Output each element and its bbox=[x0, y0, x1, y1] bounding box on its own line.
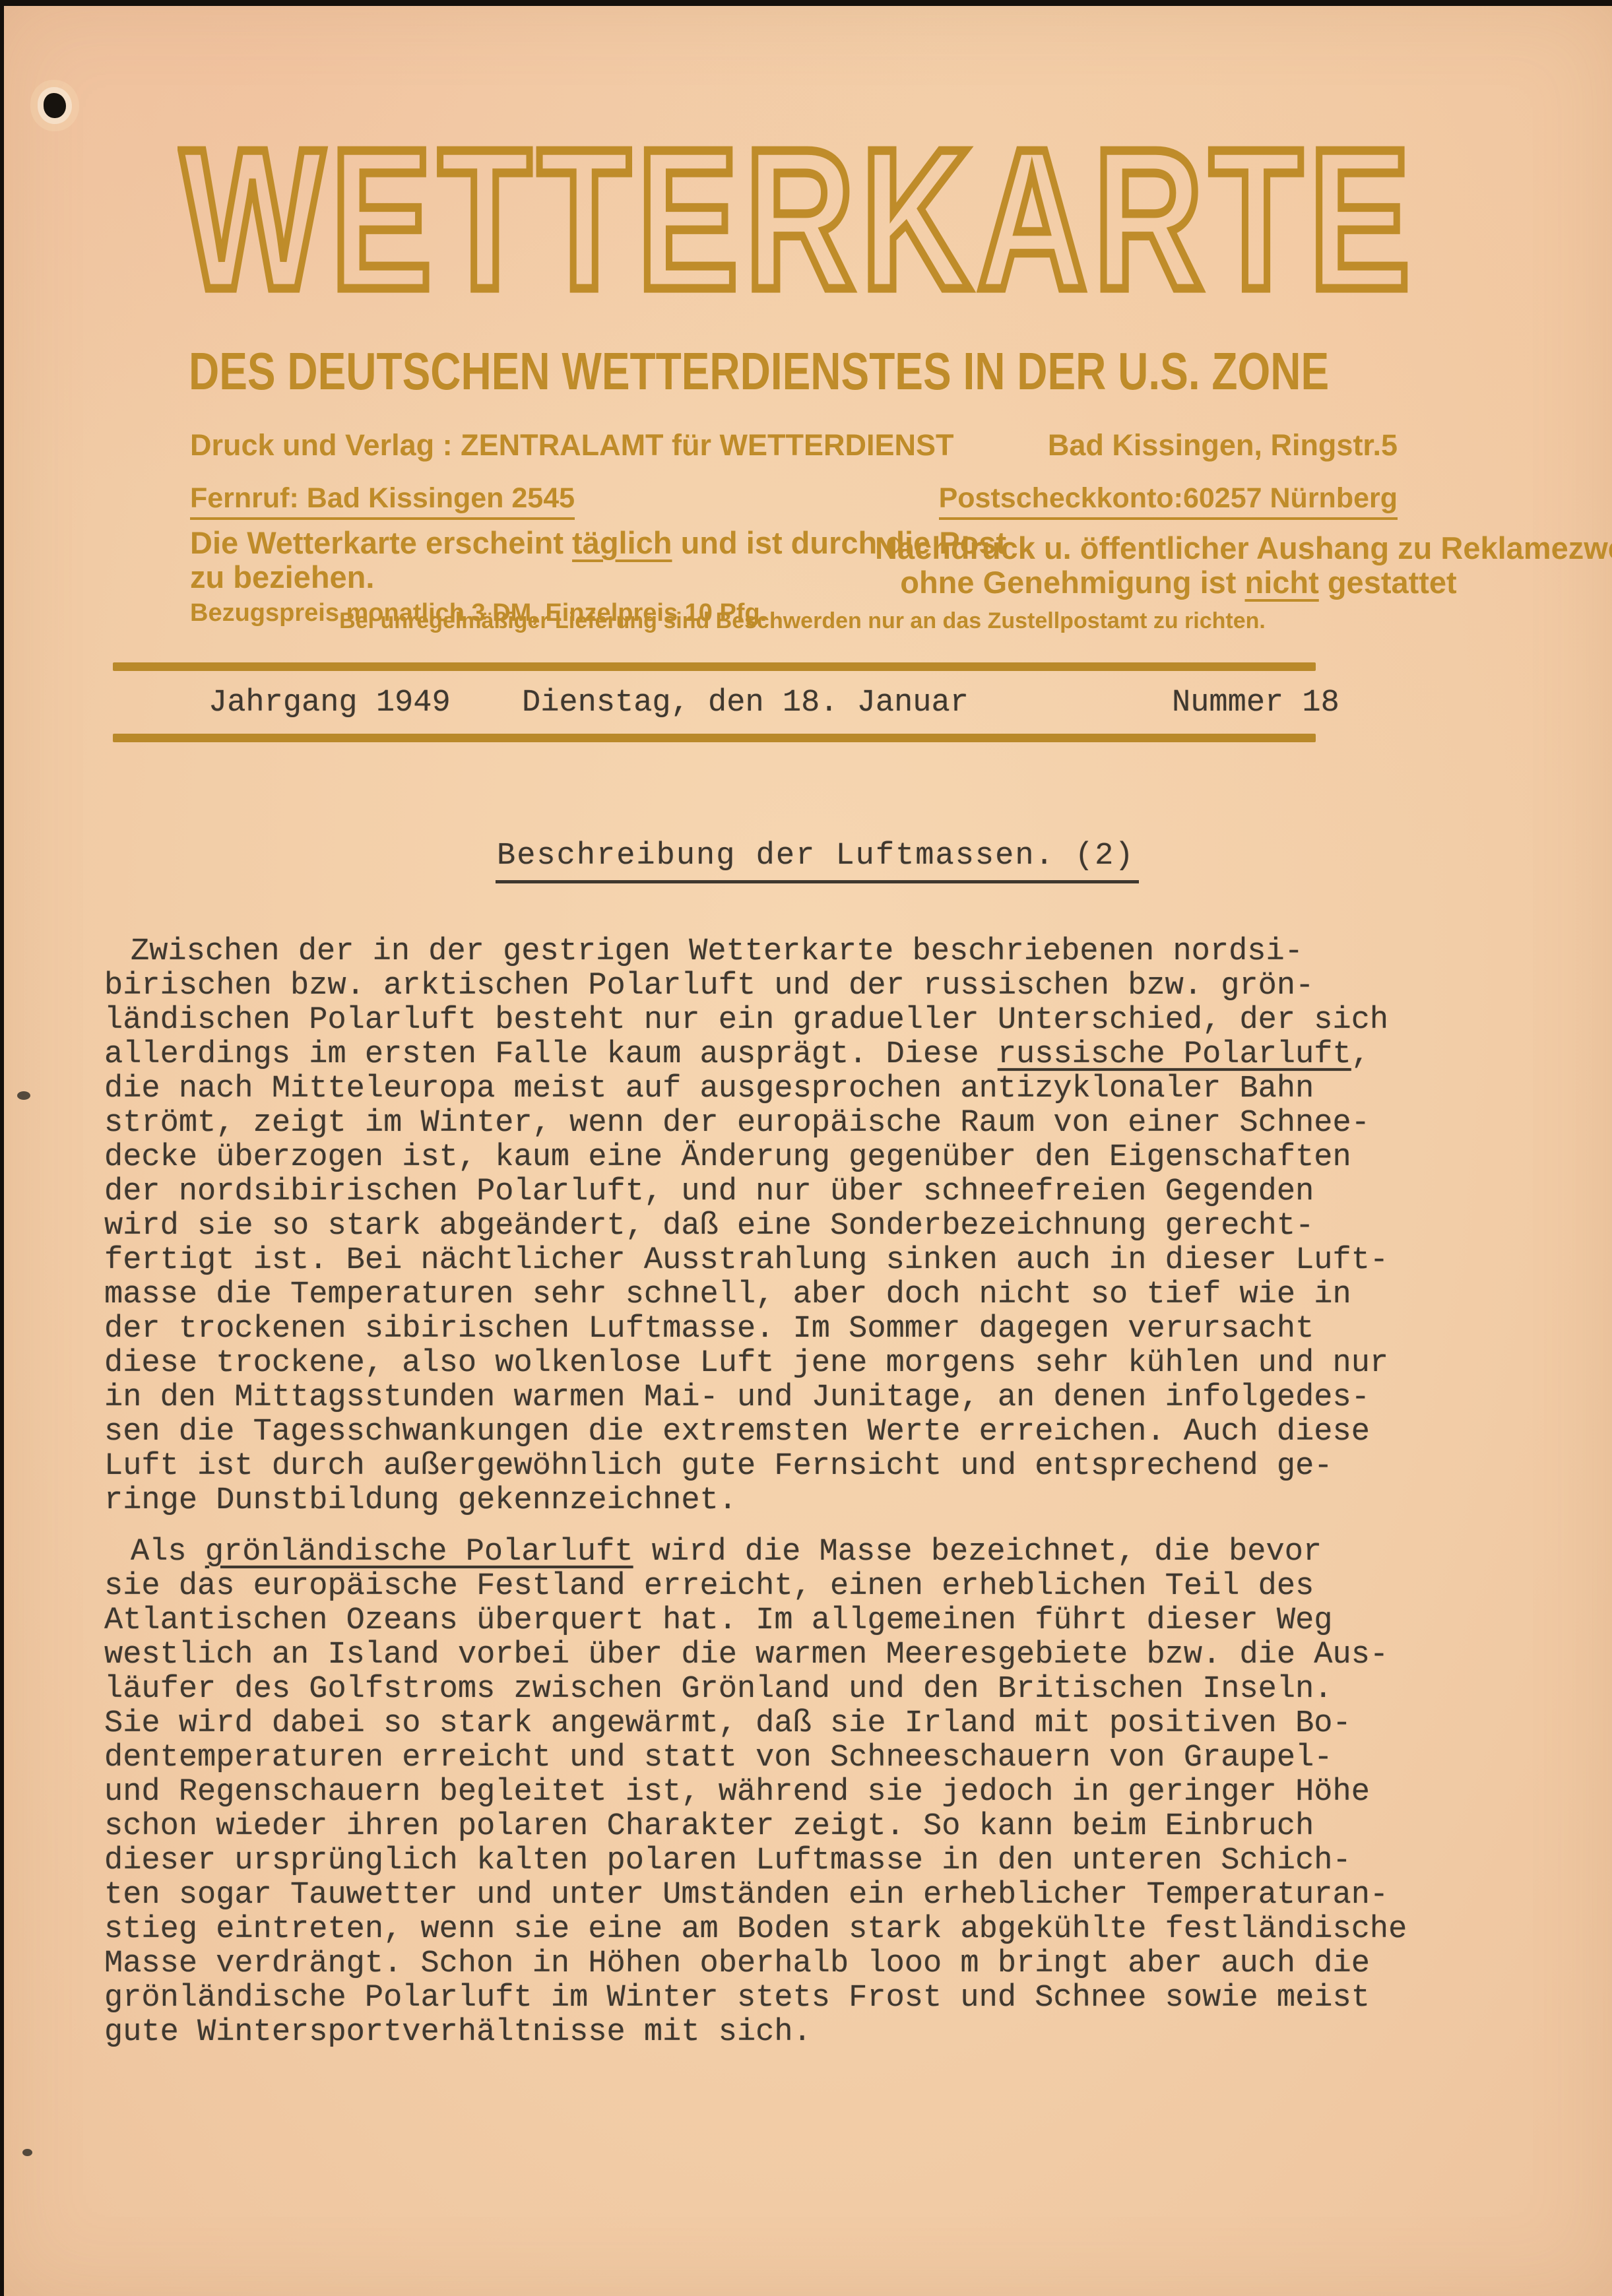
article-body: Zwischen der in der gestrigen Wetterkart… bbox=[104, 935, 1543, 2050]
text-line: Luft ist durch außergewöhnlich gute Fern… bbox=[104, 1450, 1543, 1484]
text-line: in den Mittagsstunden warmen Mai- und Ju… bbox=[104, 1381, 1543, 1415]
text-line: Als grönländische Polarluft wird die Mas… bbox=[104, 1535, 1543, 1570]
text-line: masse die Temperaturen sehr schnell, abe… bbox=[104, 1278, 1543, 1312]
horizontal-rule-bottom bbox=[113, 734, 1316, 742]
text-line: gute Wintersportverhältnisse mit sich. bbox=[104, 2016, 1543, 2050]
text-line: Atlantischen Ozeans überquert hat. Im al… bbox=[104, 1604, 1543, 1638]
contact-row: Fernruf: Bad Kissingen 2545 Postscheckko… bbox=[190, 482, 1398, 520]
publisher-row: Druck und Verlag : ZENTRALAMT für WETTER… bbox=[190, 428, 1398, 462]
article-title: Beschreibung der Luftmassen. (2) bbox=[496, 839, 1139, 883]
paper-page: WETTERKARTE DES DEUTSCHEN WETTERDIENSTES… bbox=[4, 6, 1612, 2296]
text-line: und Regenschauern begleitet ist, während… bbox=[104, 1775, 1543, 1810]
reprint-note: Nachdruck u. öffentlicher Aushang zu Rek… bbox=[875, 531, 1482, 600]
subscription-note-lines: Die Wetterkarte erscheint täglich und is… bbox=[190, 526, 711, 594]
issue-year: Jahrgang 1949 bbox=[209, 686, 451, 720]
masthead-title: WETTERKARTE bbox=[181, 119, 1474, 320]
text-line: Zwischen der in der gestrigen Wetterkart… bbox=[104, 935, 1543, 969]
text-line: sen die Tagesschwankungen die extremsten… bbox=[104, 1415, 1543, 1450]
phone-number: Fernruf: Bad Kissingen 2545 bbox=[190, 482, 575, 520]
text-line: ten sogar Tauwetter und unter Umständen … bbox=[104, 1878, 1543, 1913]
text-line: die nach Mitteleuropa meist auf ausgespr… bbox=[104, 1072, 1543, 1106]
text-line: schon wieder ihren polaren Charakter zei… bbox=[104, 1810, 1543, 1844]
text-line: westlich an Island vorbei über die warme… bbox=[104, 1638, 1543, 1673]
text-line: stieg eintreten, wenn sie eine am Boden … bbox=[104, 1913, 1543, 1947]
horizontal-rule-top bbox=[113, 662, 1316, 671]
punch-hole-artifact bbox=[44, 93, 66, 118]
text-line: decke überzogen ist, kaum eine Änderung … bbox=[104, 1141, 1543, 1175]
issue-line: Jahrgang 1949 Dienstag, den 18. Januar N… bbox=[4, 686, 1612, 725]
text-line: allerdings im ersten Falle kaum ausprägt… bbox=[104, 1038, 1543, 1072]
text-line: der trockenen sibirischen Luftmasse. Im … bbox=[104, 1312, 1543, 1347]
text-line: birischen bzw. arktischen Polarluft und … bbox=[104, 969, 1543, 1004]
paragraph-2: Als grönländische Polarluft wird die Mas… bbox=[104, 1535, 1543, 2050]
masthead-subtitle: DES DEUTSCHEN WETTERDIENSTES IN DER U.S.… bbox=[189, 344, 1329, 399]
text-line: Sie wird dabei so stark angewärmt, daß s… bbox=[104, 1707, 1543, 1741]
text-line: der nordsibirischen Polarluft, und nur ü… bbox=[104, 1175, 1543, 1209]
paragraph-1: Zwischen der in der gestrigen Wetterkart… bbox=[104, 935, 1543, 1518]
text-line: strömt, zeigt im Winter, wenn der europä… bbox=[104, 1106, 1543, 1141]
text-line: Die Wetterkarte erscheint täglich und is… bbox=[190, 526, 711, 560]
text-line: läufer des Golfstroms zwischen Grönland … bbox=[104, 1673, 1543, 1707]
publisher-address: Bad Kissingen, Ringstr.5 bbox=[1048, 428, 1398, 462]
postal-account: Postscheckkonto:60257 Nürnberg bbox=[939, 482, 1398, 520]
text-line: grönländische Polarluft im Winter stets … bbox=[104, 1981, 1543, 2016]
publisher-imprint: Druck und Verlag : ZENTRALAMT für WETTER… bbox=[190, 428, 954, 462]
text-line: zu beziehen. bbox=[190, 560, 711, 594]
text-line: ringe Dunstbildung gekennzeichnet. bbox=[104, 1484, 1543, 1518]
text-line: ländischen Polarluft besteht nur ein gra… bbox=[104, 1004, 1543, 1038]
text-line: sie das europäische Festland erreicht, e… bbox=[104, 1570, 1543, 1604]
text-line: fertigt ist. Bei nächtlicher Ausstrahlun… bbox=[104, 1244, 1543, 1278]
text-line: diese trockene, also wolkenlose Luft jen… bbox=[104, 1347, 1543, 1381]
issue-date: Dienstag, den 18. Januar bbox=[522, 686, 969, 720]
delivery-note: Bei unregelmäßiger Lieferung sind Beschw… bbox=[222, 608, 1383, 634]
text-line: Nachdruck u. öffentlicher Aushang zu Rek… bbox=[875, 531, 1482, 565]
scan-artifact bbox=[17, 1091, 30, 1100]
text-line: Masse verdrängt. Schon in Höhen oberhalb… bbox=[104, 1947, 1543, 1981]
text-line: ohne Genehmigung ist nicht gestattet bbox=[875, 565, 1482, 600]
scanned-weather-bulletin: { "page": { "paper_color": "#f2cda7", "i… bbox=[0, 0, 1612, 2296]
text-line: dentemperaturen erreicht und statt von S… bbox=[104, 1741, 1543, 1775]
text-line: wird sie so stark abgeändert, daß eine S… bbox=[104, 1209, 1543, 1244]
scan-artifact bbox=[22, 2149, 32, 2156]
text-line: dieser ursprünglich kalten polaren Luftm… bbox=[104, 1844, 1543, 1878]
issue-number: Nummer 18 bbox=[1172, 686, 1339, 720]
